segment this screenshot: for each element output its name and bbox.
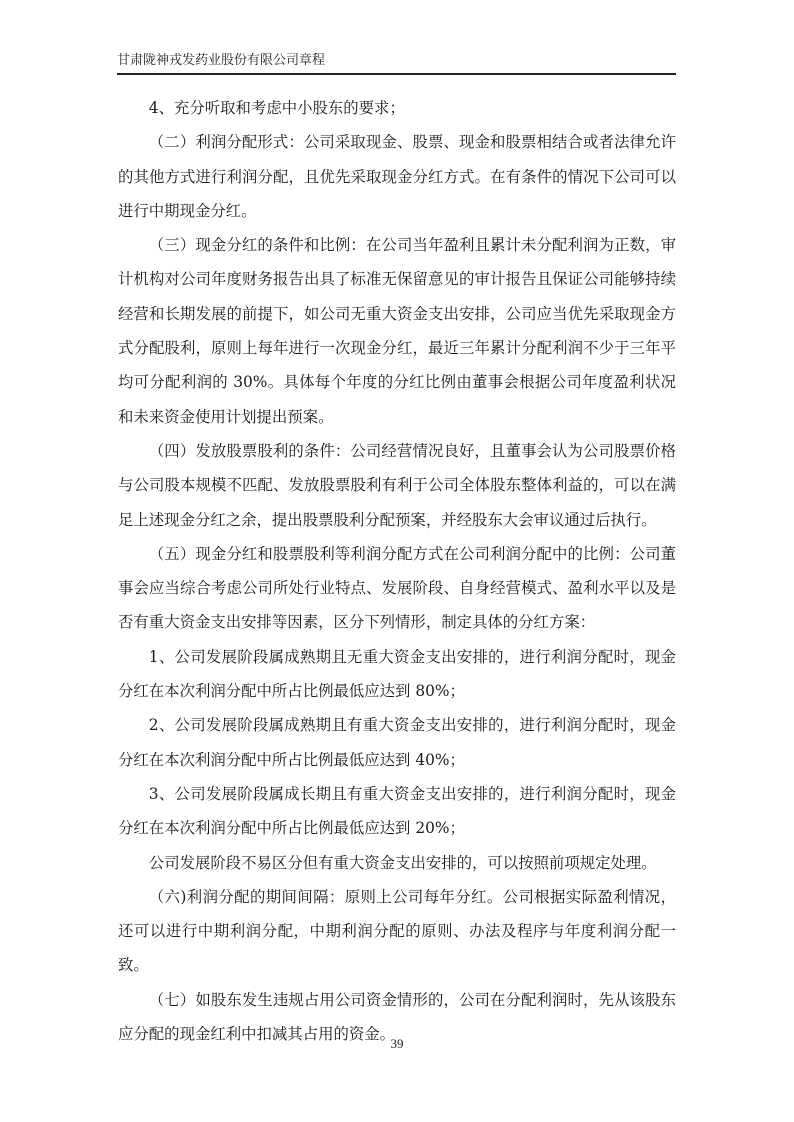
paragraph-case-mature-with-expenditure: 2、公司发展阶段属成熟期且有重大资金支出安排的，进行利润分配时，现金分红在本次利… (118, 708, 676, 777)
document-body: 4、充分听取和考虑中小股东的要求； （二）利润分配形式：公司采取现金、股票、现金… (118, 91, 676, 1051)
header-divider (117, 73, 676, 75)
page-number: 39 (0, 1036, 794, 1052)
paragraph-case-mature-no-expenditure: 1、公司发展阶段属成熟期且无重大资金支出安排的，进行利润分配时，现金分红在本次利… (118, 640, 676, 709)
paragraph-stock-dividend-conditions: （四）发放股票股利的条件：公司经营情况良好，且董事会认为公司股票价格与公司股本规… (118, 434, 676, 537)
paragraph-item-4-listen-to-shareholders: 4、充分听取和考虑中小股东的要求； (118, 91, 676, 125)
paragraph-cash-dividend-conditions: （三）现金分红的条件和比例：在公司当年盈利且累计未分配利润为正数，审计机构对公司… (118, 228, 676, 434)
paragraph-profit-distribution-form: （二）利润分配形式：公司采取现金、股票、现金和股票相结合或者法律允许的其他方式进… (118, 125, 676, 228)
paragraph-case-growth-with-expenditure: 3、公司发展阶段属成长期且有重大资金支出安排的，进行利润分配时，现金分红在本次利… (118, 777, 676, 846)
paragraph-case-unclear-stage: 公司发展阶段不易区分但有重大资金支出安排的，可以按照前项规定处理。 (118, 846, 676, 880)
paragraph-distribution-interval: （六)利润分配的期间间隔：原则上公司每年分红。公司根据实际盈利情况，还可以进行中… (118, 880, 676, 983)
paragraph-distribution-ratio: （五）现金分红和股票股利等利润分配方式在公司利润分配中的比例：公司董事会应当综合… (118, 537, 676, 640)
document-header-title: 甘肃陇神戎发药业股份有限公司章程 (117, 52, 676, 70)
